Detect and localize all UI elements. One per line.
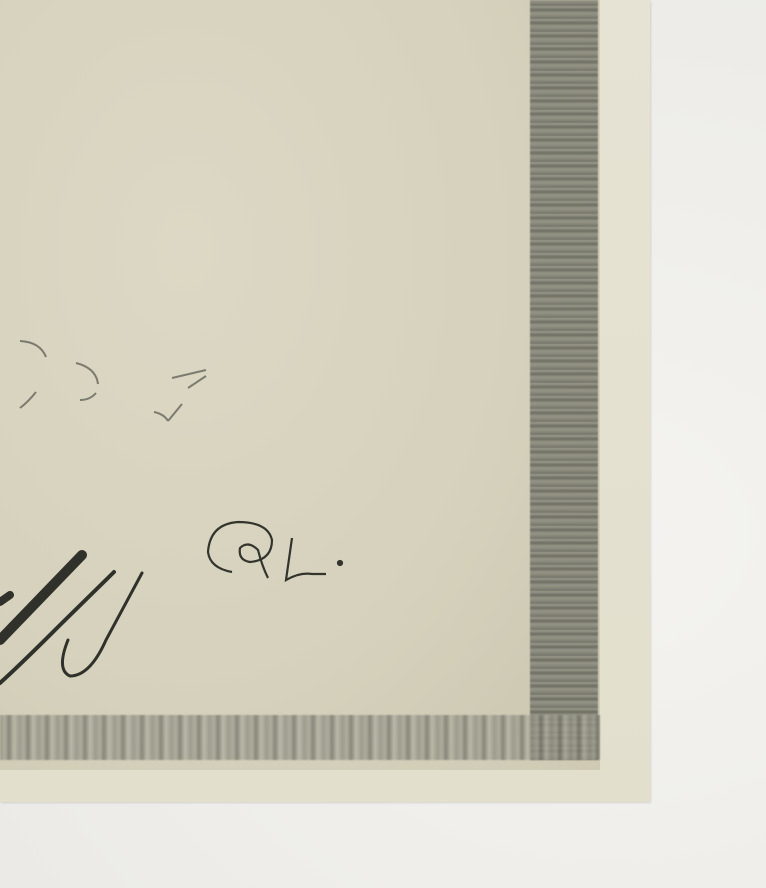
signature-text: Rb. [270, 592, 287, 603]
etched-marks: Rb. [0, 0, 766, 888]
flourish-strokes [0, 555, 142, 683]
faint-sketch-marks [20, 341, 206, 421]
signature-mark [208, 522, 342, 580]
